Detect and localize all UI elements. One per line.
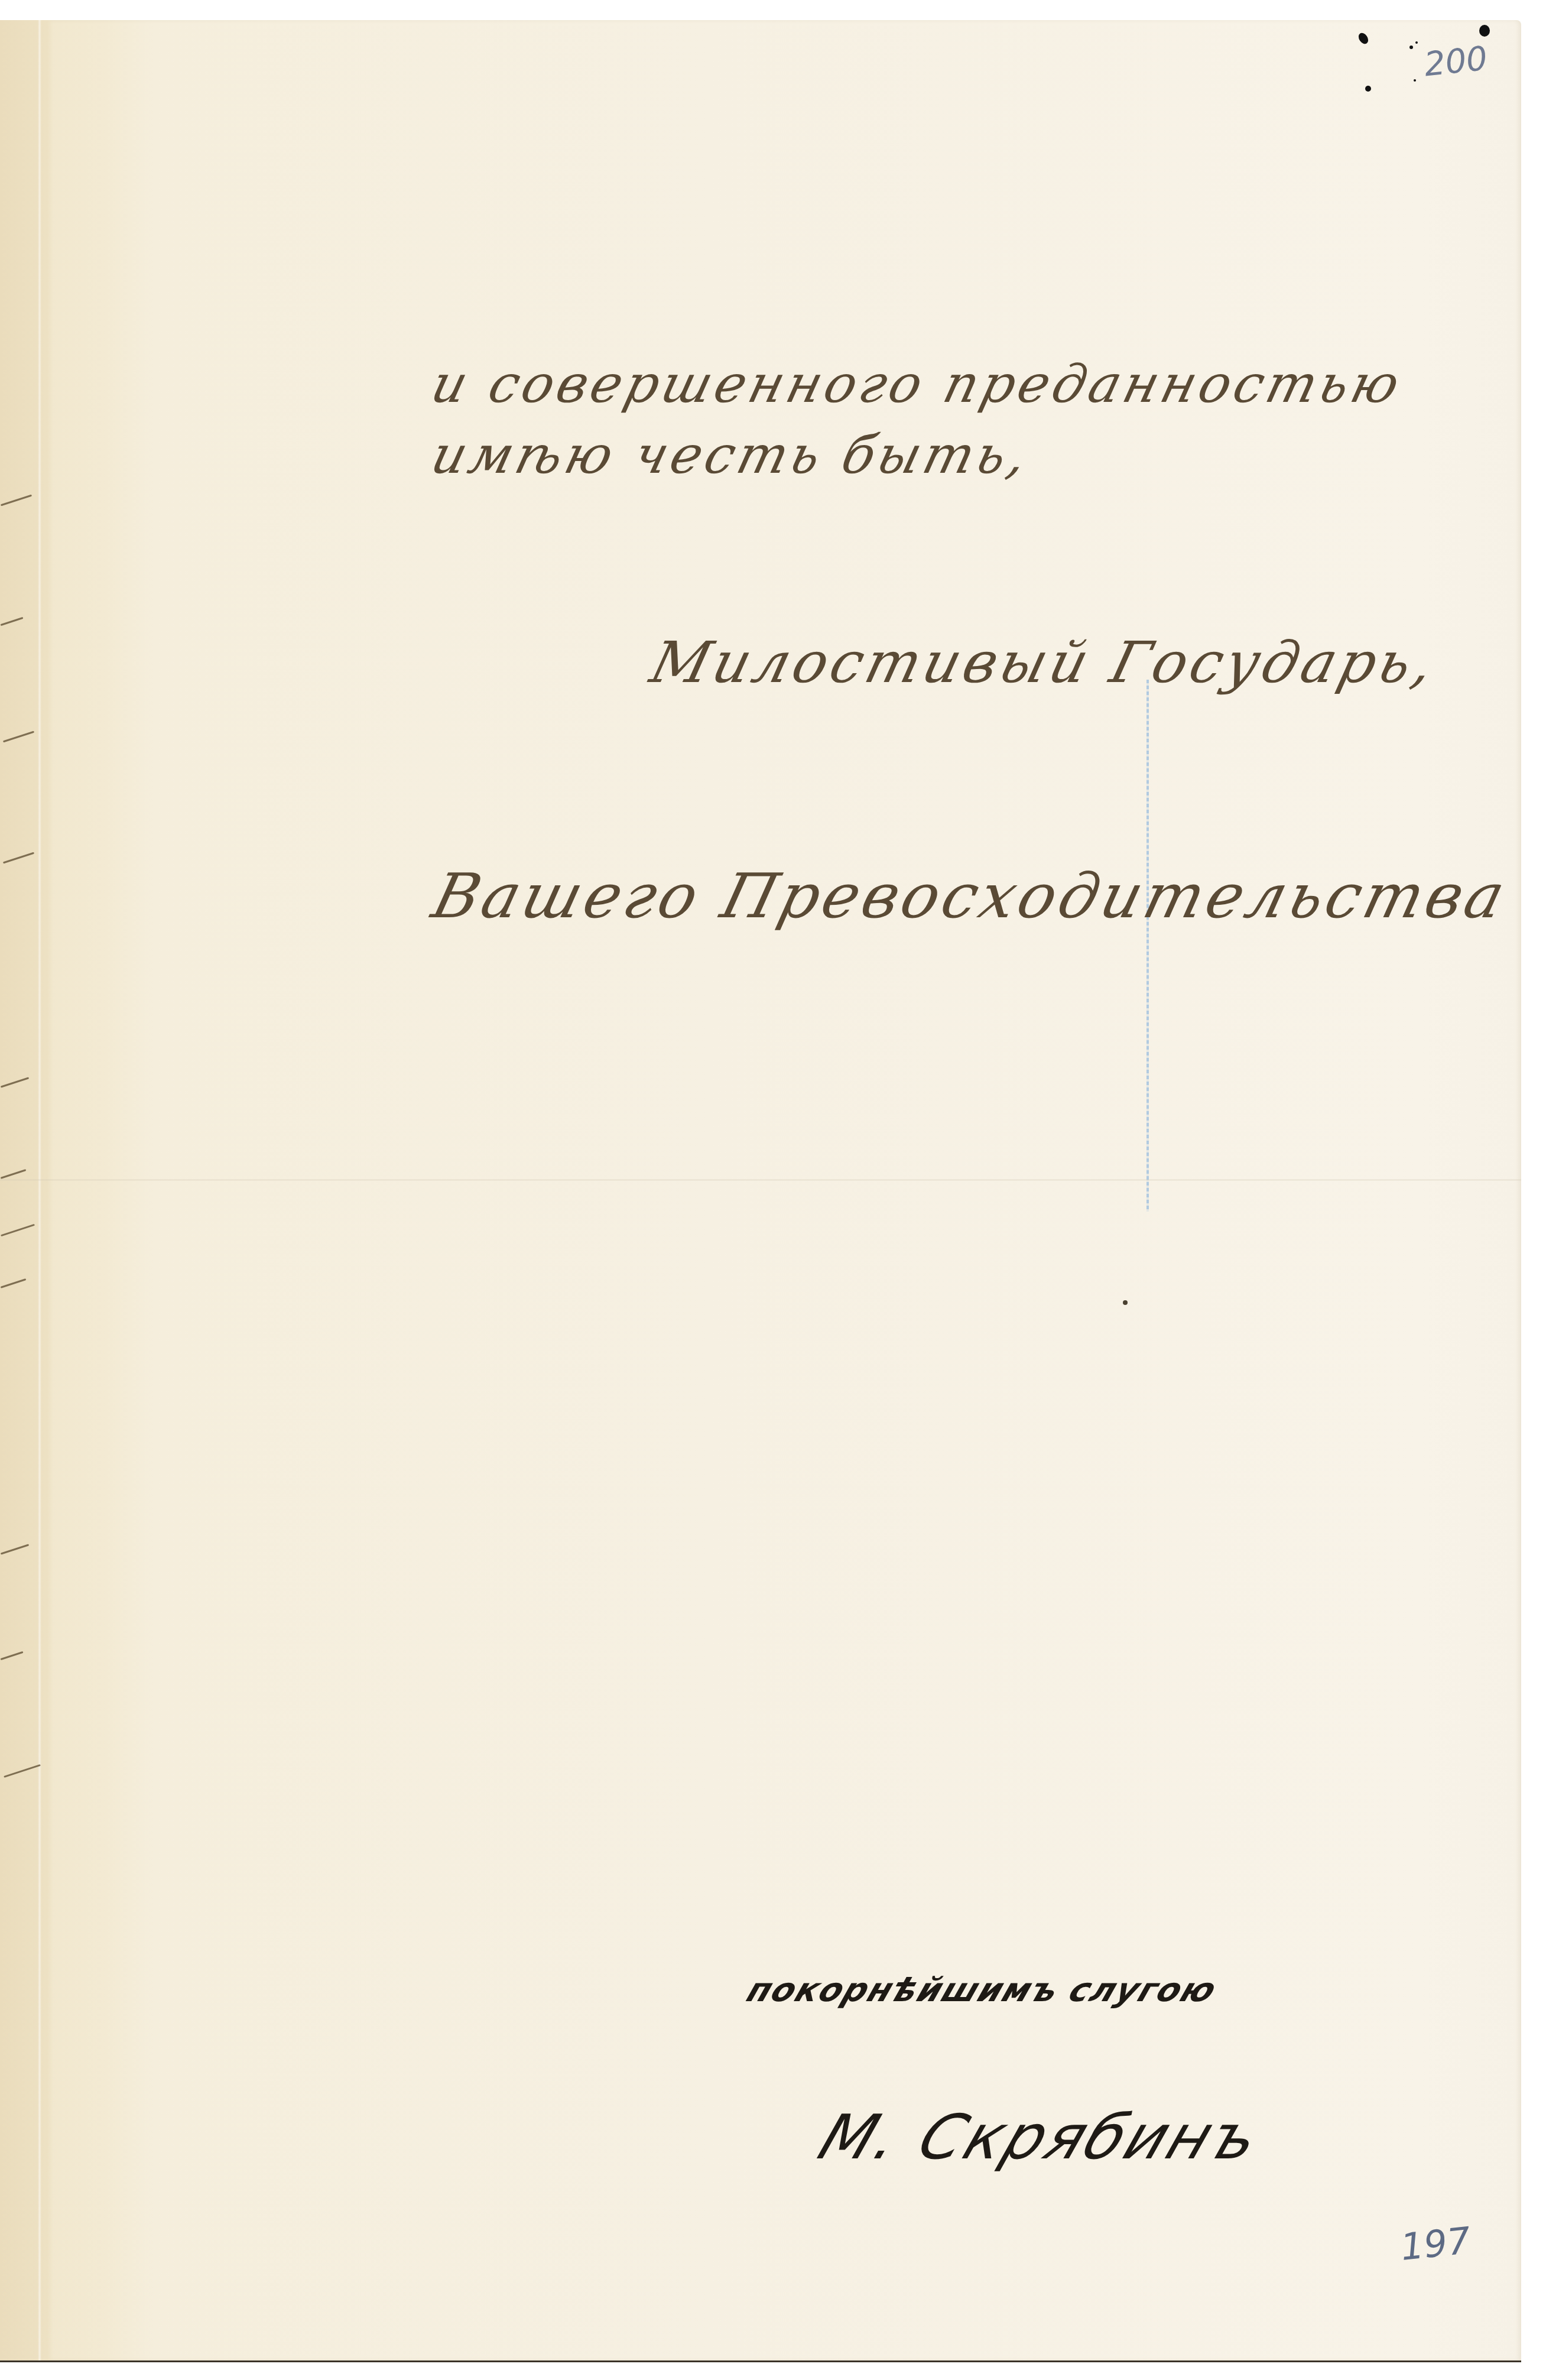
ink-spot	[1409, 46, 1413, 49]
ink-spot	[1365, 86, 1371, 92]
ink-spot	[1479, 25, 1490, 37]
blue-pencil-mark	[1146, 680, 1149, 1212]
closing-title: Вашего Превосходительства	[426, 860, 1515, 932]
ink-spot	[1123, 1300, 1128, 1305]
underlying-page-edge	[0, 20, 53, 2360]
folio-number-bottom: 197	[1399, 2219, 1473, 2269]
ink-spot	[1415, 41, 1418, 44]
folio-number-top: 200	[1422, 40, 1489, 85]
body-line-2: имѣю честь быть,	[426, 424, 1037, 485]
servant-phrase: покорнѣйшимъ слугою	[742, 1971, 1222, 2009]
vertical-fold-line	[38, 20, 41, 2360]
salutation: Милостивый Государь,	[644, 629, 1444, 696]
horizontal-fold-line	[0, 1179, 1521, 1181]
ink-spot	[1414, 79, 1416, 82]
signature: М. Скрябинъ	[810, 2101, 1271, 2173]
body-line-1: и совершенного преданностью	[426, 353, 1409, 414]
